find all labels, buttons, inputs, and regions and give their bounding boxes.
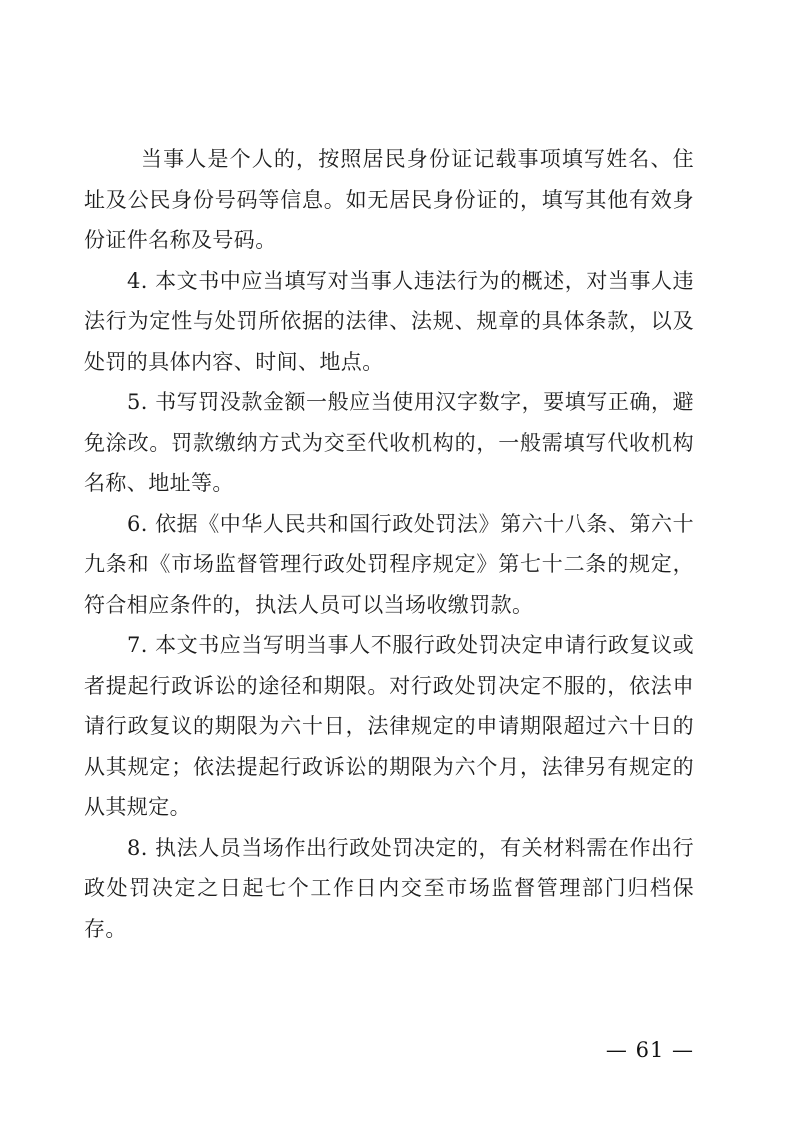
- document-body: 当事人是个人的，按照居民身份证记载事项填写姓名、住址及公民身份号码等信息。如无居…: [84, 139, 694, 949]
- paragraph-identity-info: 当事人是个人的，按照居民身份证记载事项填写姓名、住址及公民身份号码等信息。如无居…: [84, 139, 694, 261]
- page-footer: — 61 —: [606, 1038, 694, 1062]
- paragraph-item-4: 4. 本文书中应当填写对当事人违法行为的概述，对当事人违法行为定性与处罚所依据的…: [84, 261, 694, 383]
- paragraph-item-6: 6. 依据《中华人民共和国行政处罚法》第六十八条、第六十九条和《市场监督管理行政…: [84, 504, 694, 626]
- paragraph-item-8: 8. 执法人员当场作出行政处罚决定的，有关材料需在作出行政处罚决定之日起七个工作…: [84, 828, 694, 950]
- paragraph-item-7: 7. 本文书应当写明当事人不服行政处罚决定申请行政复议或者提起行政诉讼的途径和期…: [84, 625, 694, 828]
- paragraph-item-5: 5. 书写罚没款金额一般应当使用汉字数字，要填写正确，避免涂改。罚款缴纳方式为交…: [84, 382, 694, 504]
- document-page: 当事人是个人的，按照居民身份证记载事项填写姓名、住址及公民身份号码等信息。如无居…: [0, 0, 793, 1122]
- page-number: — 61 —: [606, 1038, 694, 1062]
